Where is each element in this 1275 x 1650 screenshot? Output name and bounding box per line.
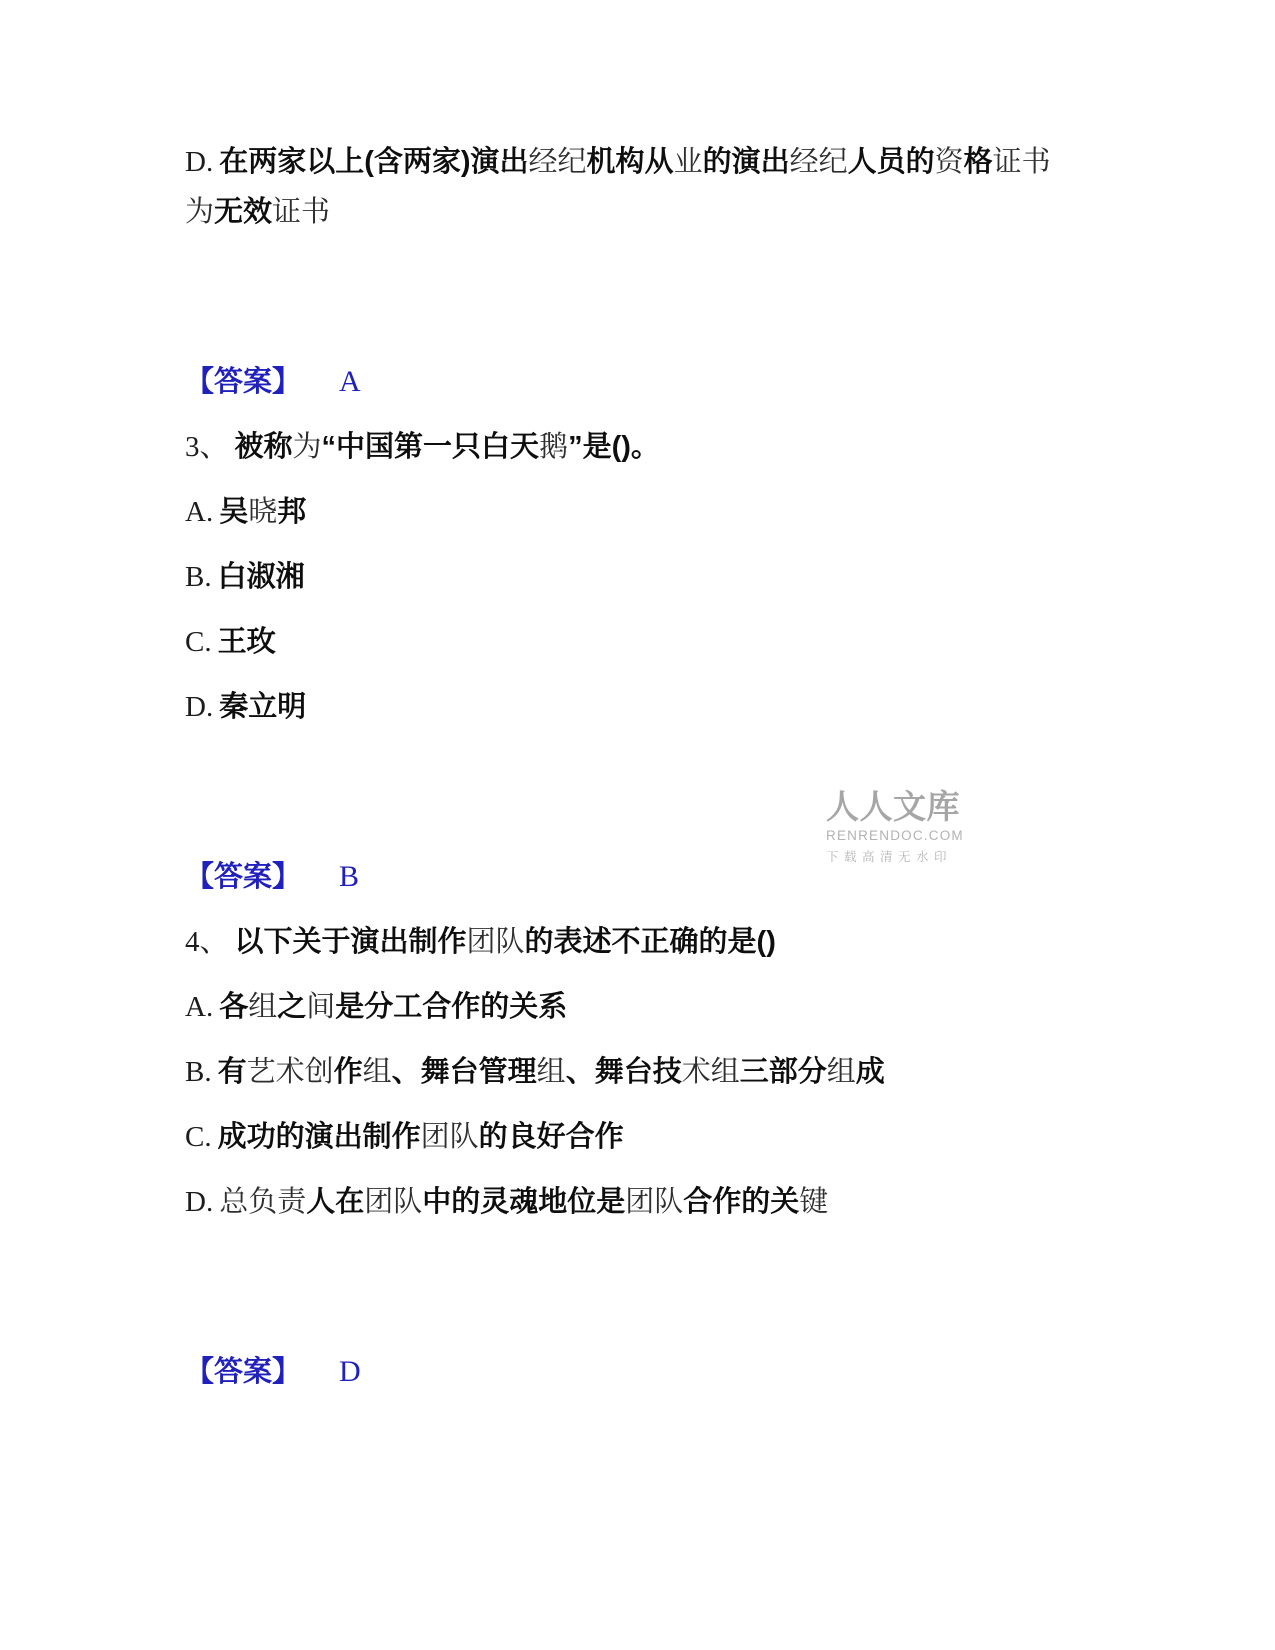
text-segment: 格 [964, 146, 993, 178]
text-segment: 有 [218, 1056, 247, 1088]
text-segment: 鹅 [539, 431, 568, 463]
text-segment: 三部分 [740, 1056, 827, 1088]
watermark-caption: 下载高清无水印 [826, 847, 964, 865]
text-segment: 成功的演出制作 [218, 1121, 421, 1153]
text-segment: 吴 [219, 496, 248, 528]
question3-answer-label: 【答案】 [185, 861, 301, 893]
text-segment: 术组 [682, 1056, 740, 1088]
text-segment: 的良好合作 [479, 1121, 624, 1153]
question4-option-c: C.成功的演出制作团队的良好合作 [185, 1112, 1125, 1162]
text-segment: 成 [856, 1056, 885, 1088]
question3-option-b: B.白淑湘 [185, 552, 1125, 602]
text-segment: 的表述不正确的是() [525, 926, 776, 958]
text-segment: A. [185, 991, 213, 1023]
text-segment: 人员的 [848, 146, 935, 178]
text-segment: B. [185, 1056, 212, 1088]
text-segment: 证书 [993, 146, 1051, 178]
document-page: D.在两家以上(含两家)演出经纪机构从业的演出经纪人员的资格证书为无效证书【答案… [0, 0, 1275, 1650]
text-segment: 团队 [421, 1121, 479, 1153]
text-segment: 人在 [306, 1186, 364, 1218]
text-segment: 总负责 [219, 1186, 306, 1218]
text-segment: 经纪 [529, 146, 587, 178]
text-segment: 组 [248, 991, 277, 1023]
question3-answer: 【答案】B [185, 852, 1125, 902]
text-segment: 艺术创 [247, 1056, 334, 1088]
document-content: D.在两家以上(含两家)演出经纪机构从业的演出经纪人员的资格证书为无效证书【答案… [185, 137, 1125, 1412]
text-segment: A. [185, 496, 213, 528]
text-segment: 之 [277, 991, 306, 1023]
text-segment: 王玫 [218, 626, 276, 658]
text-segment: 各 [219, 991, 248, 1023]
text-segment: D. [185, 1186, 213, 1218]
question4-answer-label: 【答案】 [185, 1356, 301, 1388]
question2-answer: 【答案】A [185, 357, 1125, 407]
text-segment: 间 [306, 991, 335, 1023]
text-segment: 为 [185, 196, 214, 228]
text-segment: 被称 [235, 431, 293, 463]
watermark-domain: RENRENDOC.COM [826, 828, 964, 843]
text-segment: 组 [537, 1056, 566, 1088]
text-segment: 3、 [185, 431, 229, 463]
text-segment: 4、 [185, 926, 229, 958]
question2-answer-label: 【答案】 [185, 366, 301, 398]
question4-answer: 【答案】D [185, 1347, 1125, 1397]
text-segment: 秦立明 [219, 691, 306, 723]
question3-option-c: C.王玫 [185, 617, 1125, 667]
text-segment: 无效 [214, 196, 272, 228]
watermark: 人人文库 RENRENDOC.COM 下载高清无水印 [826, 789, 964, 865]
text-segment: D. [185, 691, 213, 723]
question3-title: 3、被称为“中国第一只白天鹅”是()。 [185, 422, 1125, 472]
text-segment: 为 [293, 431, 322, 463]
text-segment: 键 [799, 1186, 828, 1218]
text-segment: 的演出 [703, 146, 790, 178]
text-segment: 、舞台管理 [392, 1056, 537, 1088]
text-segment: 晓 [248, 496, 277, 528]
text-segment: 机构从 [587, 146, 674, 178]
text-segment: 作 [334, 1056, 363, 1088]
question4-answer-value: D [339, 1355, 361, 1388]
text-segment: 中的灵魂地位是 [422, 1186, 625, 1218]
text-segment: ”是()。 [568, 431, 660, 463]
text-segment: 团队 [467, 926, 525, 958]
text-segment: 证书 [272, 196, 330, 228]
watermark-logo-text: 人人文库 [826, 789, 964, 827]
text-segment: 邦 [277, 496, 306, 528]
text-segment: 合作的关 [683, 1186, 799, 1218]
text-segment: 是分工合作的关系 [335, 991, 567, 1023]
text-segment: 白淑湘 [218, 561, 305, 593]
text-segment: 组 [827, 1056, 856, 1088]
question4-option-a: A.各组之间是分工合作的关系 [185, 982, 1125, 1032]
text-segment: 团队 [625, 1186, 683, 1218]
text-segment: 团队 [364, 1186, 422, 1218]
text-segment: 资 [935, 146, 964, 178]
question4-option-b: B.有艺术创作组、舞台管理组、舞台技术组三部分组成 [185, 1047, 1125, 1097]
question3-option-a: A.吴晓邦 [185, 487, 1125, 537]
text-segment: 、舞台技 [566, 1056, 682, 1088]
question2-option-d: D.在两家以上(含两家)演出经纪机构从业的演出经纪人员的资格证书为无效证书 [185, 137, 1125, 237]
question4-option-d: D.总负责人在团队中的灵魂地位是团队合作的关键 [185, 1177, 1125, 1227]
text-segment: C. [185, 1121, 212, 1153]
text-segment: C. [185, 626, 212, 658]
question3-option-d: D.秦立明 [185, 682, 1125, 732]
text-segment: B. [185, 561, 212, 593]
text-segment: 以下关于演出制作 [235, 926, 467, 958]
question4-title: 4、以下关于演出制作团队的表述不正确的是() [185, 917, 1125, 967]
question3-answer-value: B [339, 860, 359, 893]
text-segment: 业 [674, 146, 703, 178]
question2-answer-value: A [339, 365, 361, 398]
text-segment: 在两家以上(含两家)演出 [219, 146, 528, 178]
text-segment: 经纪 [790, 146, 848, 178]
text-segment: D. [185, 146, 213, 178]
text-segment: 组 [363, 1056, 392, 1088]
text-segment: “中国第一只白天 [322, 431, 540, 463]
